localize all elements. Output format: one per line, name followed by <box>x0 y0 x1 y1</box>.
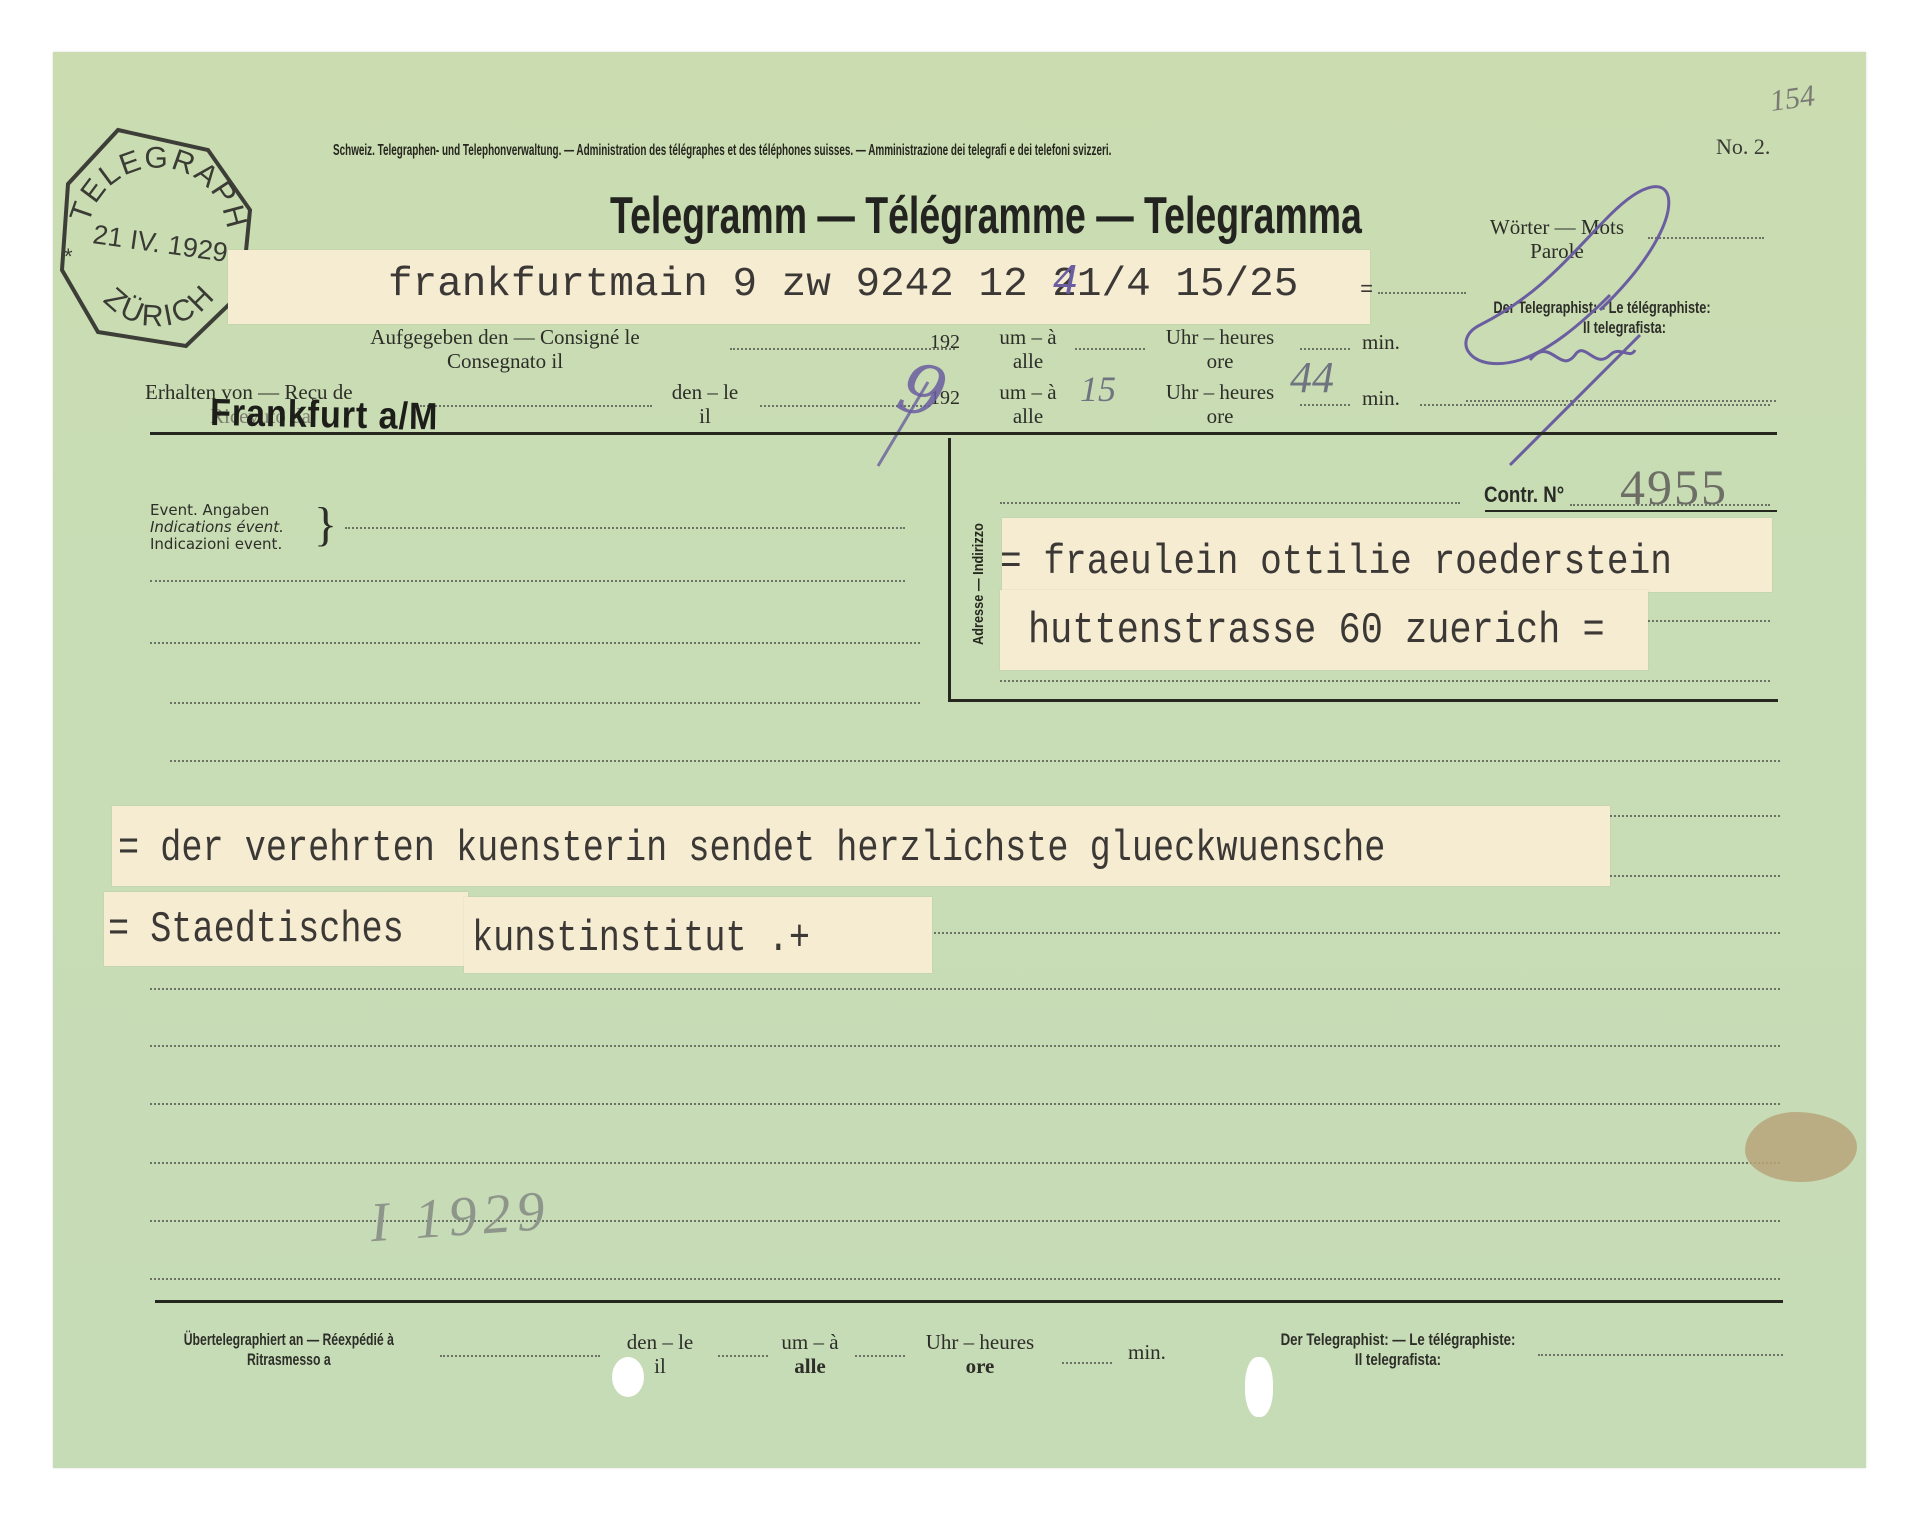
address-box-bottom <box>948 699 1778 702</box>
dotted-line <box>420 405 652 407</box>
handwritten-minutes: 44 <box>1290 352 1334 403</box>
pencil-mark: 154 <box>1768 79 1817 119</box>
address-label: Adresse — Indirizzo <box>970 523 987 645</box>
footer-um-a: um – à alle <box>770 1330 850 1378</box>
uhr-heures-text: Uhr – heures <box>1140 380 1300 404</box>
handwritten-correction: 4 <box>1052 258 1078 308</box>
message-line-2a: = Staedtisches <box>108 905 404 955</box>
message-dotted-line <box>170 760 1780 762</box>
min-label: min. <box>1362 386 1400 410</box>
form-number: No. 2. <box>1716 134 1770 160</box>
dotted-line <box>855 1355 905 1357</box>
dotted-line <box>1000 502 1460 504</box>
telegraphist-label-line2: Il telegrafista: <box>1242 1350 1554 1370</box>
ore-text: ore <box>1140 404 1300 428</box>
message-dotted-line <box>150 1162 1780 1164</box>
den-le-label: den – le il <box>660 380 750 428</box>
administration-header: Schweiz. Telegraphen- und Telephonverwal… <box>333 142 1111 160</box>
message-line-2b: kunstinstitut .+ <box>472 914 810 964</box>
end-mark: = <box>1360 278 1373 303</box>
alle-text: alle <box>988 404 1068 428</box>
dotted-line <box>1378 292 1466 294</box>
message-dotted-line <box>150 1103 1780 1105</box>
document-title: Telegramm — Télégramme — Telegramma <box>610 186 1362 246</box>
event-label-fr: Indications évent. <box>150 519 284 536</box>
punch-hole <box>612 1357 644 1397</box>
dotted-line <box>1000 680 1770 682</box>
dotted-line <box>1538 1354 1783 1356</box>
footer-uhr-heures: Uhr – heures ore <box>905 1330 1055 1378</box>
uhr-heures-label: Uhr – heures ore <box>1140 380 1300 428</box>
il-text: il <box>660 404 750 428</box>
punch-hole <box>1245 1357 1273 1417</box>
contr-label: Contr. N° <box>1484 482 1564 508</box>
alle-text: alle <box>770 1354 850 1378</box>
ore-text: ore <box>905 1354 1055 1378</box>
um-a-label: um – à alle <box>988 325 1068 373</box>
dotted-line <box>150 580 905 582</box>
uhr-heures-text: Uhr – heures <box>1140 325 1300 349</box>
message-dotted-line <box>930 932 1780 934</box>
svg-text:*: * <box>64 244 73 269</box>
forwarded-label: Übertelegraphiert an — Réexpédié à Ritra… <box>152 1330 426 1370</box>
dotted-line <box>150 642 920 644</box>
address-line-1: = fraeulein ottilie roederstein <box>1000 538 1672 586</box>
dotted-line <box>170 702 920 704</box>
forwarded-label-line1: Übertelegraphiert an — Réexpédié à <box>152 1330 426 1350</box>
event-info-label: Event. Angaben Indications évent. Indica… <box>150 502 284 553</box>
signature-icon <box>1460 175 1700 475</box>
message-dotted-line <box>150 988 1780 990</box>
consigned-label-line2: Consegnato il <box>355 349 655 373</box>
message-line-1: = der verehrten kuensterin sendet herzli… <box>118 824 1385 874</box>
control-number: 4955 <box>1620 458 1728 516</box>
um-a-text: um – à <box>988 325 1068 349</box>
min-label: min. <box>1362 330 1400 354</box>
svg-text:ZÜRICH: ZÜRICH <box>98 278 223 334</box>
ore-text: ore <box>1140 349 1300 373</box>
alle-text: alle <box>988 349 1068 373</box>
pen-stroke-icon <box>870 380 950 470</box>
dotted-line <box>1300 404 1350 406</box>
transmission-origin-line: frankfurtmain 9 zw 9242 12 21/4 15/25 <box>388 262 1298 308</box>
dotted-line <box>1648 620 1770 622</box>
address-box-border <box>948 438 951 702</box>
event-dotted-line <box>345 527 905 529</box>
um-a-text: um – à <box>988 380 1068 404</box>
archive-pencil-note: I 1929 <box>368 1179 553 1255</box>
event-label-de: Event. Angaben <box>150 502 284 519</box>
telegraphist-label-line1: Der Telegraphist: — Le télégraphiste: <box>1242 1330 1554 1350</box>
uhr-heures-label: Uhr – heures ore <box>1140 325 1300 373</box>
octagon-stamp-icon: TELEGRAPH ZÜRICH 21 IV. 1929 * * <box>58 122 254 354</box>
den-le-text: den – le <box>615 1330 705 1354</box>
um-a-label: um – à alle <box>988 380 1068 428</box>
dotted-line <box>1062 1362 1112 1364</box>
message-dotted-line <box>150 1045 1780 1047</box>
den-le-text: den – le <box>660 380 750 404</box>
year-prefix: 192 <box>930 330 960 354</box>
section-divider <box>150 432 1777 435</box>
address-line-2: huttenstrasse 60 zuerich = <box>1028 606 1605 656</box>
dotted-line <box>718 1355 768 1357</box>
dotted-line <box>440 1355 600 1357</box>
message-dotted-line <box>150 1278 1780 1280</box>
contr-underline <box>1485 510 1777 512</box>
dotted-line <box>1300 348 1350 350</box>
svg-text:21 IV. 1929: 21 IV. 1929 <box>91 219 229 268</box>
footer-divider <box>155 1300 1783 1303</box>
handwritten-hour: 15 <box>1080 368 1116 410</box>
brace-icon: } <box>314 500 337 550</box>
event-label-it: Indicazioni event. <box>150 536 284 553</box>
consigned-label-line1: Aufgegeben den — Consigné le <box>355 325 655 349</box>
dotted-line <box>1075 348 1145 350</box>
footer-telegraphist-label: Der Telegraphist: — Le télégraphiste: Il… <box>1242 1330 1554 1370</box>
uhr-heures-text: Uhr – heures <box>905 1330 1055 1354</box>
forwarded-label-line2: Ritrasmesso a <box>152 1350 426 1370</box>
stain-mark <box>1745 1112 1857 1182</box>
um-a-text: um – à <box>770 1330 850 1354</box>
footer-min: min. <box>1128 1340 1166 1364</box>
consigned-label: Aufgegeben den — Consigné le Consegnato … <box>355 325 655 373</box>
telegraph-postmark-stamp: TELEGRAPH ZÜRICH 21 IV. 1929 * * <box>58 122 254 354</box>
